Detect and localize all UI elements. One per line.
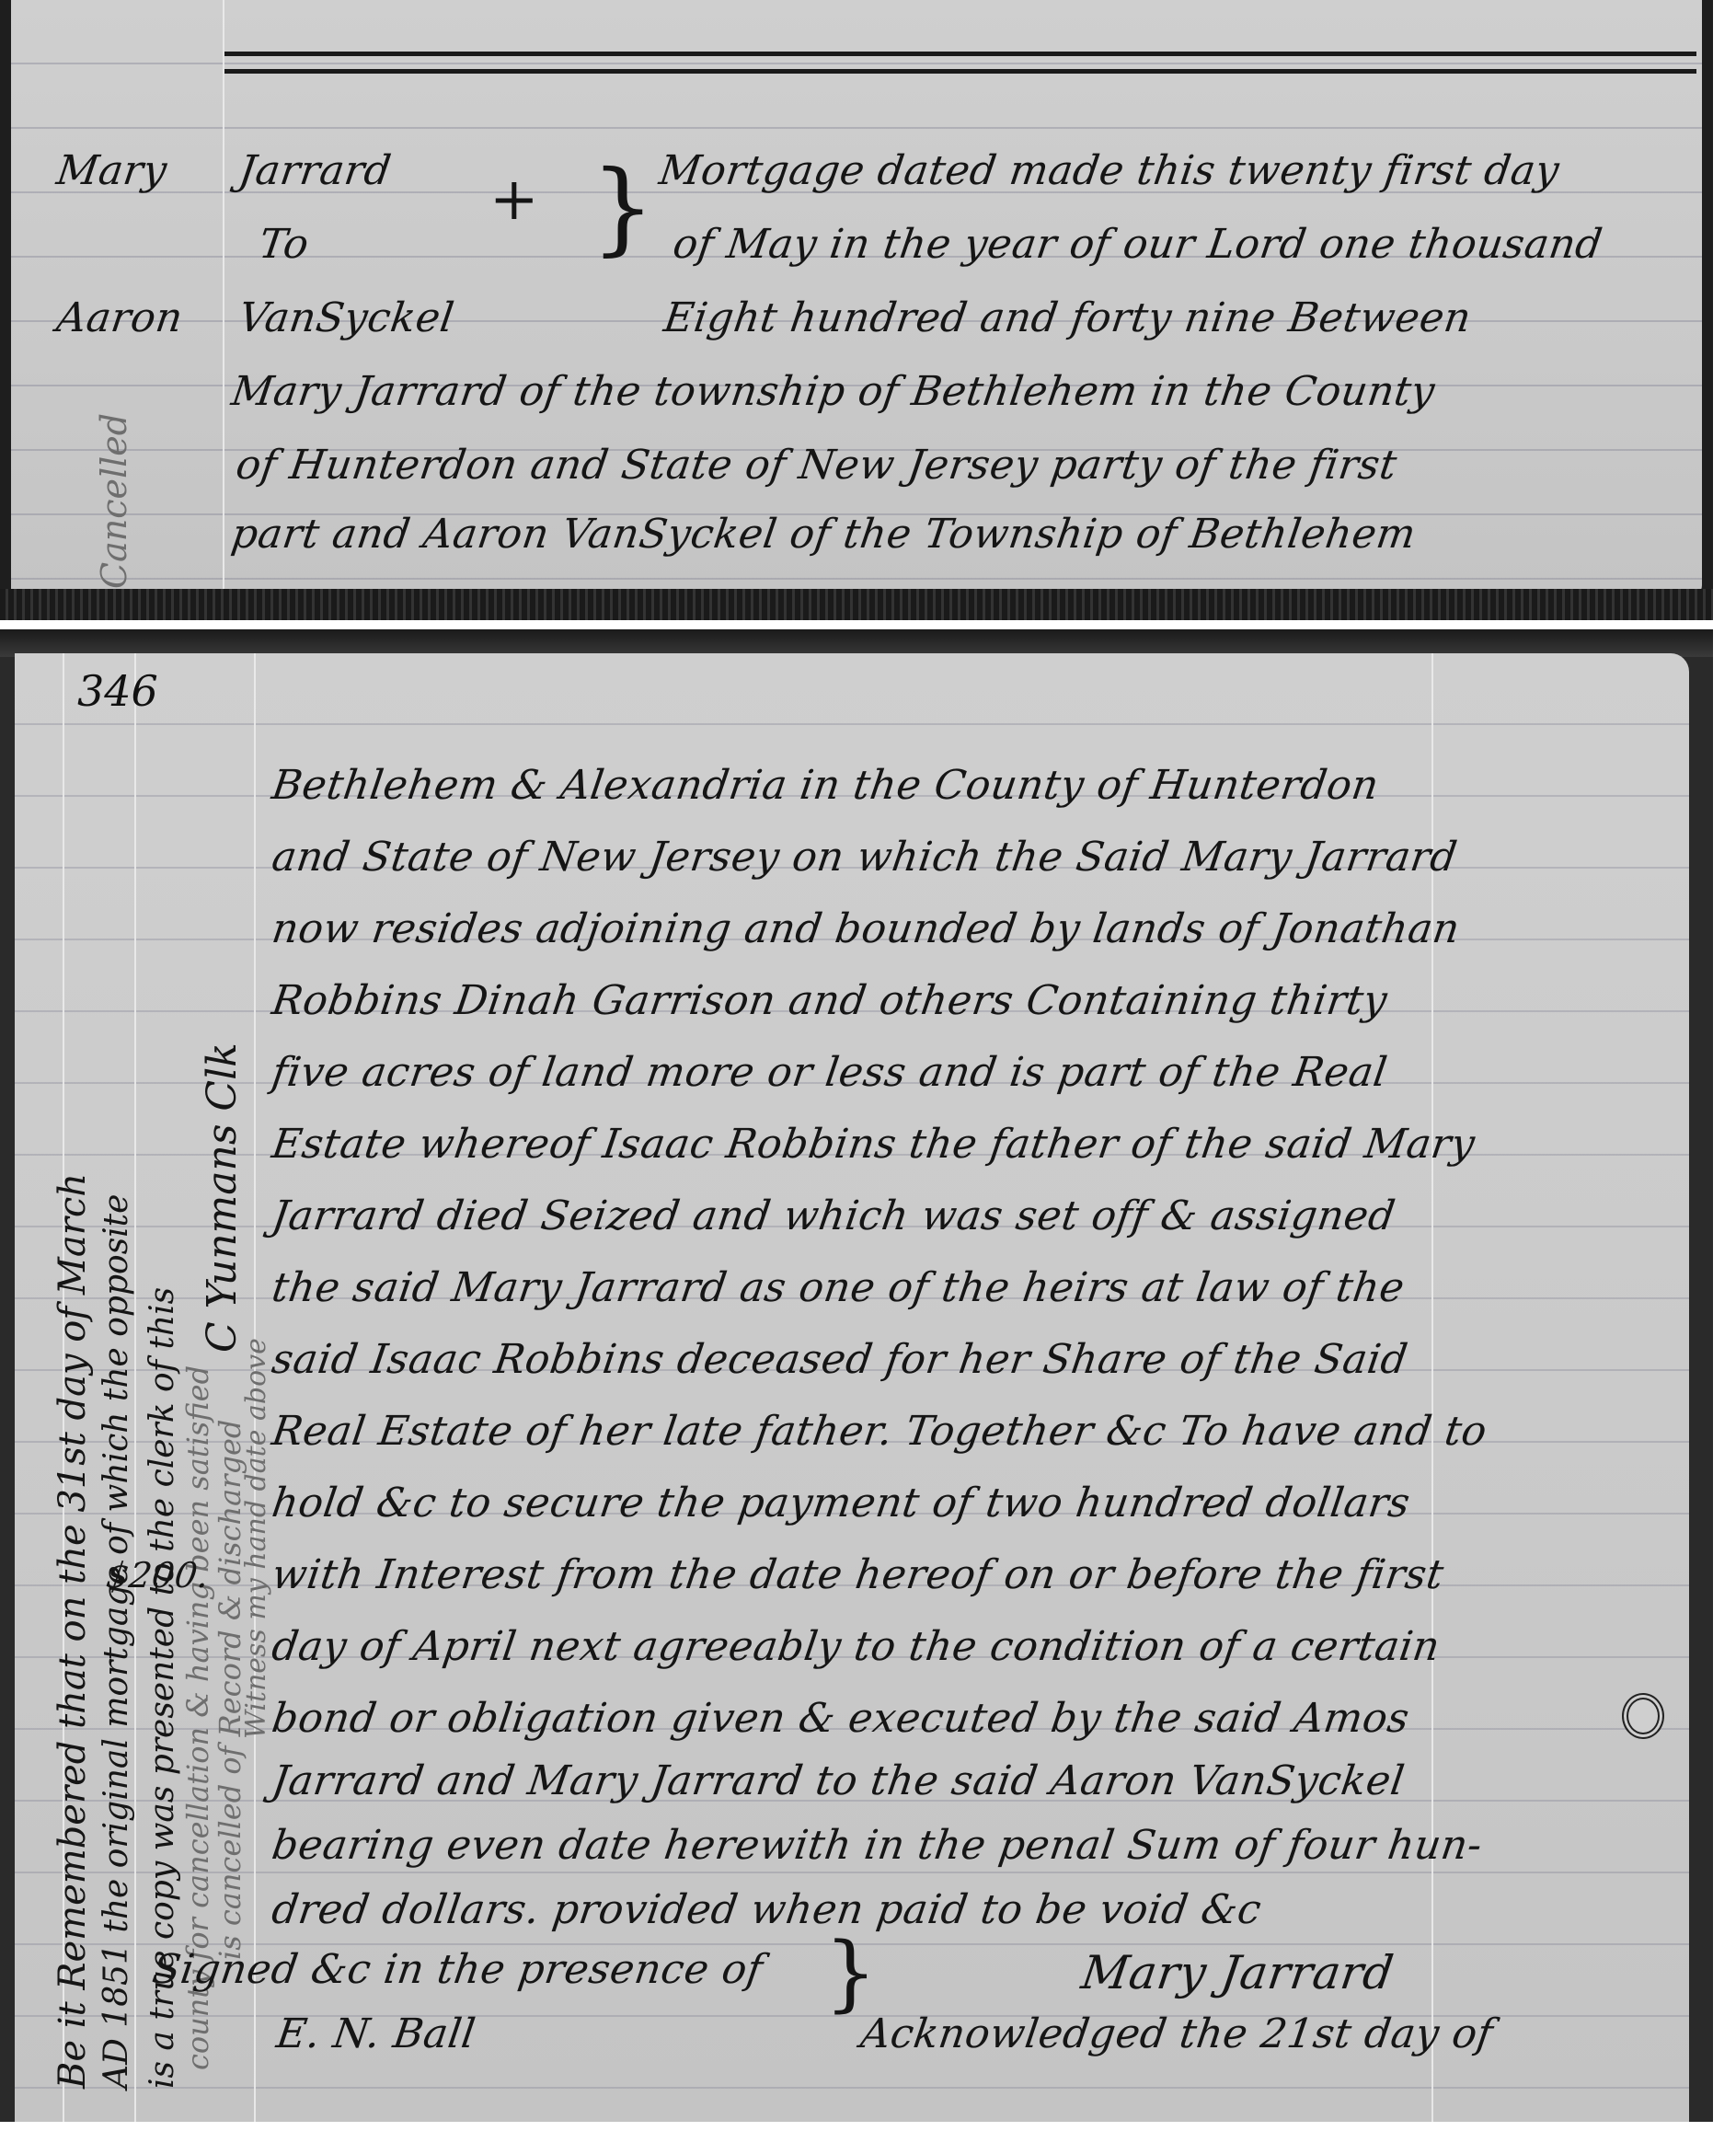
body-line: part and Aaron VanSyckel of the Township… — [228, 511, 1419, 558]
body-line: with Interest from the date hereof on or… — [269, 1551, 1446, 1598]
margin-first-name-1: Mary — [53, 147, 169, 194]
margin-first-name-2: Aaron — [53, 294, 186, 341]
margin-amount: $200. — [104, 1555, 212, 1595]
body-line: day of April next agreeably to the condi… — [269, 1623, 1443, 1670]
body-line: said Isaac Robbins deceased for her Shar… — [269, 1336, 1410, 1383]
body-line: bond or obligation given & executed by t… — [269, 1695, 1412, 1742]
margin-rule — [223, 0, 224, 598]
margin-note-vertical: AD 1851 the original mortgage of which t… — [98, 1194, 135, 2089]
book-binding-cloth — [0, 589, 1713, 620]
body-line: the said Mary Jarrard as one of the heir… — [269, 1264, 1407, 1311]
body-line: now resides adjoining and bounded by lan… — [269, 905, 1462, 952]
body-line: bearing even date herewith in the penal … — [269, 1822, 1485, 1869]
body-line: of May in the year of our Lord one thous… — [670, 221, 1605, 268]
witness-name: E. N. Ball — [273, 2010, 478, 2057]
signed-in-presence-label: Signed &c in the presence of — [149, 1946, 765, 1993]
body-line: five acres of land more or less and is p… — [269, 1049, 1390, 1096]
margin-to: To — [256, 221, 312, 268]
body-line: Jarrard and Mary Jarrard to the said Aar… — [269, 1757, 1408, 1804]
body-line: Robbins Dinah Garrison and others Contai… — [269, 977, 1390, 1024]
curly-brace-icon: } — [591, 156, 655, 258]
margin-note-vertical: Witness my hand date above — [240, 1338, 272, 1739]
ledger-page-top: Mary Jarrard + To Aaron VanSyckel } Canc… — [11, 0, 1702, 598]
margin-surname-1: Jarrard — [236, 147, 394, 194]
body-line: Jarrard died Seized and which was set of… — [269, 1192, 1397, 1239]
ledger-page-bottom: 346 Be it Remembered that on the 31st da… — [15, 653, 1689, 2122]
body-line: Mortgage dated made this twenty first da… — [656, 147, 1562, 194]
page-number: 346 — [77, 666, 158, 716]
acknowledgment-line: Acknowledged the 21st day of — [857, 2010, 1496, 2057]
signatory-signature: Mary Jarrard — [1078, 1946, 1397, 1999]
clerk-signature-vertical: C Yunmans Clk — [199, 1042, 246, 1353]
body-line: Bethlehem & Alexandria in the County of … — [269, 762, 1382, 809]
body-line: of Hunterdon and State of New Jersey par… — [233, 442, 1399, 489]
body-line: dred dollars. provided when paid to be v… — [269, 1886, 1264, 1933]
margin-note-vertical: Be it Remembered that on the 31st day of… — [52, 1173, 94, 2089]
body-line: Estate whereof Isaac Robbins the father … — [269, 1121, 1477, 1168]
wax-seal-icon — [1622, 1693, 1664, 1739]
body-line: hold &c to secure the payment of two hun… — [269, 1480, 1413, 1526]
body-line: Real Estate of her late father. Together… — [269, 1408, 1489, 1455]
cross-mark-icon: + — [489, 166, 539, 234]
curly-brace-icon: } — [824, 1932, 877, 2015]
section-divider-double-rule — [224, 52, 1696, 74]
bottom-ledger-panel: 346 Be it Remembered that on the 31st da… — [0, 629, 1713, 2122]
body-line: Eight hundred and forty nine Between — [661, 294, 1474, 341]
top-ledger-panel: Mary Jarrard + To Aaron VanSyckel } Canc… — [0, 0, 1713, 620]
body-line: and State of New Jersey on which the Sai… — [269, 834, 1460, 881]
margin-surname-2: VanSyckel — [236, 294, 456, 341]
body-line: Mary Jarrard of the township of Bethlehe… — [228, 368, 1437, 415]
cancelled-margin-note: Cancelled — [94, 413, 134, 589]
